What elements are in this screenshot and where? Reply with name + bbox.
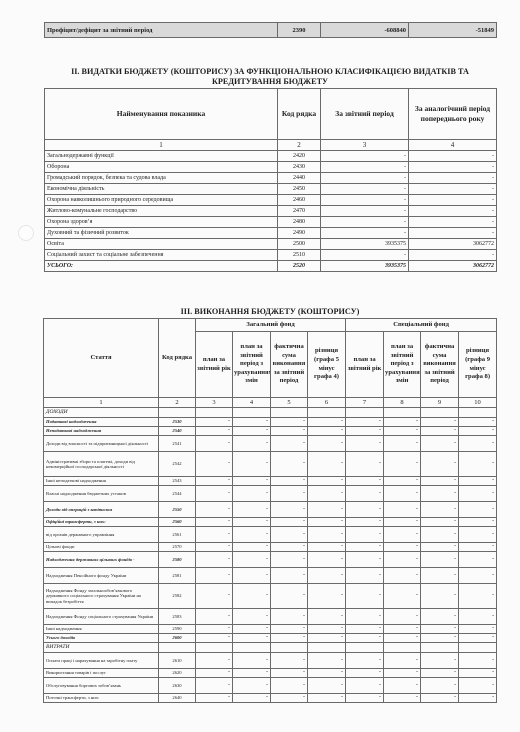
value-cell: - — [271, 543, 308, 552]
value-cell: - — [196, 669, 233, 678]
table-row: Житлово-комунальне господарство2470-- — [45, 206, 497, 217]
value-cell: - — [384, 486, 421, 502]
row-code: 2582 — [159, 584, 196, 609]
value-cell: - — [196, 518, 233, 527]
table-row: Економічна діяльність2450-- — [45, 184, 497, 195]
row-label: Обслуговування боргових зобов’язань — [44, 678, 159, 694]
value-cell: - — [308, 486, 346, 502]
previous-period-value: -51849 — [409, 23, 497, 38]
row-code — [159, 408, 196, 418]
value-cell: - — [421, 427, 459, 436]
value-cell: - — [233, 568, 271, 584]
value-cell — [271, 408, 308, 418]
table-row: Громадський порядок, безпека та судова в… — [45, 173, 497, 184]
previous-period-value: - — [409, 250, 497, 261]
value-cell: - — [459, 527, 497, 543]
value-cell: - — [421, 518, 459, 527]
value-cell: - — [384, 543, 421, 552]
table-row: Офіційні трансферти, з них:2560-------- — [44, 518, 497, 527]
value-cell: - — [384, 452, 421, 477]
value-cell: - — [346, 678, 384, 694]
value-cell: - — [384, 477, 421, 486]
value-cell: - — [459, 653, 497, 669]
table-row: Оплата праці і нарахування на заробітну … — [44, 653, 497, 669]
value-cell: - — [346, 518, 384, 527]
section2-title-line2: КРЕДИТУВАННЯ БЮДЖЕТУ — [44, 77, 496, 87]
row-code: 2600 — [159, 634, 196, 643]
value-cell: - — [271, 427, 308, 436]
current-period-value: -608840 — [321, 23, 409, 38]
value-cell: - — [196, 486, 233, 502]
header-special-actual: фактична сума виконання за звітний періо… — [421, 332, 459, 398]
value-cell: - — [384, 427, 421, 436]
value-cell: - — [233, 584, 271, 609]
table-row: ВИТРАТИ — [44, 643, 497, 653]
value-cell: - — [421, 418, 459, 427]
value-cell: - — [196, 694, 233, 703]
section2-title: II. ВИДАТКИ БЮДЖЕТУ (КОШТОРИСУ) ЗА ФУНКЦ… — [44, 67, 496, 87]
current-period-value: 3935375 — [321, 239, 409, 250]
value-cell: - — [308, 678, 346, 694]
value-cell: - — [421, 568, 459, 584]
value-cell — [196, 643, 233, 653]
header-row-code: Код рядка — [159, 319, 196, 398]
table-row: Власні надходження бюджетних установ2544… — [44, 486, 497, 502]
table-row: Загальнодержавні функції2420-- — [45, 151, 497, 162]
value-cell — [346, 643, 384, 653]
header-general-plan-period: план за звітний період з урахуванням змі… — [233, 332, 271, 398]
value-cell: - — [271, 653, 308, 669]
value-cell: - — [421, 477, 459, 486]
row-label: Охорона здоров’я — [45, 217, 278, 228]
value-cell: - — [271, 678, 308, 694]
section2-title-line1: II. ВИДАТКИ БЮДЖЕТУ (КОШТОРИСУ) ЗА ФУНКЦ… — [44, 67, 496, 77]
row-code: 2630 — [159, 678, 196, 694]
value-cell: - — [459, 625, 497, 634]
row-code: 2500 — [278, 239, 321, 250]
row-label: Соціальний захист та соціальне забезпече… — [45, 250, 278, 261]
value-cell: - — [233, 543, 271, 552]
value-cell: - — [271, 694, 308, 703]
header-general-fund: Загальний фонд — [196, 319, 346, 332]
row-code — [159, 643, 196, 653]
previous-period-value: - — [409, 228, 497, 239]
column-index: 1 — [44, 398, 159, 408]
column-index: 10 — [459, 398, 497, 408]
row-label: Профіцит/дефіцит за звітний період — [45, 23, 278, 38]
surplus-deficit-row: Профіцит/дефіцит за звітний період 2390 … — [45, 23, 497, 38]
value-cell: - — [346, 625, 384, 634]
table-row: Цільові фонди2570-------- — [44, 543, 497, 552]
value-cell: - — [196, 452, 233, 477]
current-period-value: - — [321, 228, 409, 239]
table-row: Охорона навколишнього природного середов… — [45, 195, 497, 206]
row-code: 2440 — [278, 173, 321, 184]
column-index-row: 12345678910 — [44, 398, 497, 408]
row-code: 2530 — [159, 418, 196, 427]
header-general-plan-year: план за звітний рік — [196, 332, 233, 398]
value-cell: - — [459, 694, 497, 703]
value-cell: - — [459, 678, 497, 694]
previous-period-value: 3062772 — [409, 239, 497, 250]
row-code: 2480 — [278, 217, 321, 228]
value-cell — [308, 408, 346, 418]
row-code: 2510 — [278, 250, 321, 261]
row-label: Освіта — [45, 239, 278, 250]
value-cell: - — [346, 584, 384, 609]
column-index: 5 — [271, 398, 308, 408]
value-cell: - — [308, 584, 346, 609]
table-row: Надходження Фонду соціального страхуванн… — [44, 609, 497, 625]
table-row: Оборона2430-- — [45, 162, 497, 173]
value-cell: - — [346, 669, 384, 678]
value-cell: - — [196, 609, 233, 625]
section3-title: III. ВИКОНАННЯ БЮДЖЕТУ (КОШТОРИСУ) — [44, 307, 496, 317]
current-period-value: - — [321, 184, 409, 195]
value-cell — [271, 643, 308, 653]
value-cell: - — [384, 634, 421, 643]
column-index: 7 — [346, 398, 384, 408]
row-code: 2520 — [278, 261, 321, 272]
value-cell: - — [196, 527, 233, 543]
table-row: Охорона здоров’я2480-- — [45, 217, 497, 228]
value-cell: - — [384, 678, 421, 694]
table-row: Духовний та фізичний розвиток2490-- — [45, 228, 497, 239]
row-code: 2490 — [278, 228, 321, 239]
value-cell — [459, 408, 497, 418]
current-period-value: - — [321, 250, 409, 261]
value-cell: - — [421, 634, 459, 643]
value-cell: - — [308, 653, 346, 669]
value-cell: - — [384, 568, 421, 584]
row-label: Доходи від власності та підприємницької … — [44, 436, 159, 452]
value-cell — [421, 408, 459, 418]
row-label: Неподаткові надходження — [44, 427, 159, 436]
value-cell: - — [308, 502, 346, 518]
value-cell — [384, 643, 421, 653]
value-cell: - — [308, 518, 346, 527]
value-cell: - — [233, 502, 271, 518]
table-row: Поточні трансферти, з них:2640-------- — [44, 694, 497, 703]
row-code: 2583 — [159, 609, 196, 625]
value-cell: - — [421, 436, 459, 452]
row-code: 2561 — [159, 527, 196, 543]
value-cell: - — [271, 477, 308, 486]
row-code: 2542 — [159, 452, 196, 477]
row-label: Використання товарів і послуг — [44, 669, 159, 678]
value-cell: - — [271, 486, 308, 502]
value-cell: - — [308, 634, 346, 643]
value-cell: - — [271, 568, 308, 584]
value-cell: - — [308, 552, 346, 568]
value-cell: - — [233, 436, 271, 452]
table-header-row: Найменування показника Код рядка За звіт… — [45, 89, 497, 140]
table-row: Податкові надходження2530-------- — [44, 418, 497, 427]
value-cell: - — [233, 669, 271, 678]
value-cell: - — [459, 502, 497, 518]
value-cell: - — [308, 694, 346, 703]
value-cell: - — [271, 584, 308, 609]
value-cell: - — [421, 527, 459, 543]
row-label: Офіційні трансферти, з них: — [44, 518, 159, 527]
value-cell: - — [346, 486, 384, 502]
header-general-difference: різниця (графа 5 мінус графа 4) — [308, 332, 346, 398]
column-index: 1 — [45, 140, 278, 151]
header-general-actual: фактична сума виконання за звітний періо… — [271, 332, 308, 398]
value-cell: - — [384, 527, 421, 543]
row-code: 2590 — [159, 625, 196, 634]
value-cell: - — [421, 502, 459, 518]
current-period-value: 3935375 — [321, 261, 409, 272]
value-cell: - — [196, 625, 233, 634]
value-cell: - — [384, 518, 421, 527]
value-cell: - — [233, 625, 271, 634]
value-cell: - — [308, 669, 346, 678]
value-cell: - — [346, 634, 384, 643]
value-cell: - — [346, 653, 384, 669]
value-cell: - — [421, 452, 459, 477]
header-special-plan-period: план за звітний період з урахуванням змі… — [384, 332, 421, 398]
value-cell: - — [421, 678, 459, 694]
value-cell: - — [308, 543, 346, 552]
table-row: Надходження Пенсійного фонду України2581… — [44, 568, 497, 584]
column-index: 3 — [321, 140, 409, 151]
value-cell: - — [459, 518, 497, 527]
row-code: 2540 — [159, 427, 196, 436]
value-cell: - — [384, 609, 421, 625]
value-cell: - — [196, 477, 233, 486]
value-cell: - — [233, 518, 271, 527]
value-cell: - — [271, 418, 308, 427]
value-cell: - — [384, 669, 421, 678]
value-cell: - — [346, 609, 384, 625]
value-cell: - — [459, 436, 497, 452]
table-row: Освіта250039353753062772 — [45, 239, 497, 250]
value-cell: - — [459, 552, 497, 568]
row-code: 2560 — [159, 518, 196, 527]
value-cell: - — [346, 477, 384, 486]
row-code: 2570 — [159, 543, 196, 552]
header-row-code: Код рядка — [278, 89, 321, 140]
value-cell: - — [459, 609, 497, 625]
table-row: Доходи від операцій з капіталом2550-----… — [44, 502, 497, 518]
value-cell: - — [308, 436, 346, 452]
surplus-deficit-table: Профіцит/дефіцит за звітний період 2390 … — [44, 22, 497, 38]
value-cell: - — [346, 527, 384, 543]
row-label: від органів державного управління — [44, 527, 159, 543]
value-cell: - — [308, 477, 346, 486]
current-period-value: - — [321, 195, 409, 206]
value-cell: - — [421, 584, 459, 609]
row-code: 2430 — [278, 162, 321, 173]
row-label: Доходи від операцій з капіталом — [44, 502, 159, 518]
value-cell: - — [421, 653, 459, 669]
value-cell: - — [196, 418, 233, 427]
row-label: Власні надходження бюджетних установ — [44, 486, 159, 502]
value-cell: - — [308, 418, 346, 427]
expenditure-by-function-table: Найменування показника Код рядка За звіт… — [44, 88, 497, 272]
value-cell: - — [459, 452, 497, 477]
value-cell: - — [346, 502, 384, 518]
value-cell: - — [459, 427, 497, 436]
value-cell: - — [196, 552, 233, 568]
value-cell: - — [308, 452, 346, 477]
header-article: Стаття — [44, 319, 159, 398]
value-cell: - — [308, 568, 346, 584]
row-code: 2420 — [278, 151, 321, 162]
previous-period-value: 3062772 — [409, 261, 497, 272]
row-label: Економічна діяльність — [45, 184, 278, 195]
value-cell: - — [196, 678, 233, 694]
value-cell: - — [196, 634, 233, 643]
row-label: Адміністративні збори та платежі, доходи… — [44, 452, 159, 477]
value-cell: - — [271, 609, 308, 625]
value-cell: - — [271, 527, 308, 543]
value-cell: - — [346, 543, 384, 552]
row-label: Цільові фонди — [44, 543, 159, 552]
previous-period-value: - — [409, 184, 497, 195]
row-code: 2620 — [159, 669, 196, 678]
header-current-period: За звітний період — [321, 89, 409, 140]
table-row: Усього доходів2600-------- — [44, 634, 497, 643]
value-cell: - — [421, 669, 459, 678]
header-special-difference: різниця (графа 9 мінус графа 8) — [459, 332, 497, 398]
punch-hole-mark — [18, 225, 34, 241]
column-index: 2 — [278, 140, 321, 151]
value-cell: - — [233, 418, 271, 427]
value-cell: - — [346, 568, 384, 584]
value-cell: - — [196, 568, 233, 584]
value-cell: - — [384, 502, 421, 518]
row-code: 2541 — [159, 436, 196, 452]
table-row: ДОХОДИ — [44, 408, 497, 418]
row-label: Житлово-комунальне господарство — [45, 206, 278, 217]
value-cell: - — [233, 486, 271, 502]
value-cell: - — [196, 436, 233, 452]
value-cell: - — [346, 418, 384, 427]
value-cell: - — [271, 502, 308, 518]
value-cell: - — [384, 552, 421, 568]
value-cell — [233, 408, 271, 418]
value-cell: - — [459, 486, 497, 502]
value-cell: - — [233, 609, 271, 625]
previous-period-value: - — [409, 151, 497, 162]
value-cell — [346, 408, 384, 418]
value-cell: - — [308, 609, 346, 625]
value-cell: - — [196, 502, 233, 518]
value-cell: - — [384, 418, 421, 427]
row-label: Усього доходів — [44, 634, 159, 643]
current-period-value: - — [321, 173, 409, 184]
value-cell: - — [459, 418, 497, 427]
row-label: Загальнодержавні функції — [45, 151, 278, 162]
previous-period-value: - — [409, 173, 497, 184]
value-cell: - — [459, 477, 497, 486]
column-index: 8 — [384, 398, 421, 408]
header-previous-period: За аналогічний період попереднього року — [409, 89, 497, 140]
column-index-row: 1 2 3 4 — [45, 140, 497, 151]
value-cell: - — [233, 634, 271, 643]
table-row: Інші неподаткові надходження2543-------- — [44, 477, 497, 486]
row-label: УСЬОГО: — [45, 261, 278, 272]
value-cell: - — [384, 625, 421, 634]
table-row: Соціальний захист та соціальне забезпече… — [45, 250, 497, 261]
value-cell: - — [421, 694, 459, 703]
value-cell: - — [271, 518, 308, 527]
value-cell: - — [346, 694, 384, 703]
row-label: Оплата праці і нарахування на заробітну … — [44, 653, 159, 669]
row-label: Надходження Пенсійного фонду України — [44, 568, 159, 584]
row-label: ВИТРАТИ — [44, 643, 159, 653]
column-index: 6 — [308, 398, 346, 408]
row-label: Духовний та фізичний розвиток — [45, 228, 278, 239]
value-cell: - — [421, 486, 459, 502]
current-period-value: - — [321, 162, 409, 173]
value-cell: - — [196, 653, 233, 669]
value-cell: - — [421, 625, 459, 634]
row-code: 2390 — [278, 23, 321, 38]
table-row: Адміністративні збори та платежі, доходи… — [44, 452, 497, 477]
row-label: Інші надходження — [44, 625, 159, 634]
value-cell: - — [233, 678, 271, 694]
value-cell: - — [346, 552, 384, 568]
table-row: Неподаткові надходження2540-------- — [44, 427, 497, 436]
row-label: Надходження Фонду соціального страхуванн… — [44, 609, 159, 625]
table-row: УСЬОГО:252039353753062772 — [45, 261, 497, 272]
previous-period-value: - — [409, 206, 497, 217]
value-cell: - — [459, 634, 497, 643]
row-label: Податкові надходження — [44, 418, 159, 427]
row-label: Надходження Фонду загальнообов’язкового … — [44, 584, 159, 609]
value-cell: - — [384, 584, 421, 609]
row-code: 2550 — [159, 502, 196, 518]
value-cell: - — [308, 527, 346, 543]
previous-period-value: - — [409, 195, 497, 206]
row-code: 2580 — [159, 552, 196, 568]
row-label: Поточні трансферти, з них: — [44, 694, 159, 703]
value-cell — [384, 408, 421, 418]
row-label: Інші неподаткові надходження — [44, 477, 159, 486]
column-index: 2 — [159, 398, 196, 408]
current-period-value: - — [321, 151, 409, 162]
row-code: 2610 — [159, 653, 196, 669]
value-cell: - — [459, 669, 497, 678]
previous-period-value: - — [409, 162, 497, 173]
value-cell: - — [233, 552, 271, 568]
value-cell: - — [346, 427, 384, 436]
row-code: 2460 — [278, 195, 321, 206]
table-row: Інші надходження2590-------- — [44, 625, 497, 634]
value-cell: - — [271, 634, 308, 643]
header-special-fund: Спеціальний фонд — [346, 319, 497, 332]
column-index: 4 — [233, 398, 271, 408]
value-cell: - — [308, 427, 346, 436]
header-special-plan-year: план за звітний рік — [346, 332, 384, 398]
column-index: 4 — [409, 140, 497, 151]
row-label: ДОХОДИ — [44, 408, 159, 418]
value-cell: - — [421, 543, 459, 552]
value-cell: - — [271, 436, 308, 452]
value-cell: - — [196, 584, 233, 609]
value-cell: - — [233, 527, 271, 543]
value-cell: - — [233, 694, 271, 703]
value-cell — [233, 643, 271, 653]
value-cell — [421, 643, 459, 653]
value-cell — [459, 643, 497, 653]
budget-execution-table: Стаття Код рядка Загальний фонд Спеціаль… — [43, 318, 497, 703]
value-cell: - — [459, 543, 497, 552]
value-cell: - — [233, 427, 271, 436]
